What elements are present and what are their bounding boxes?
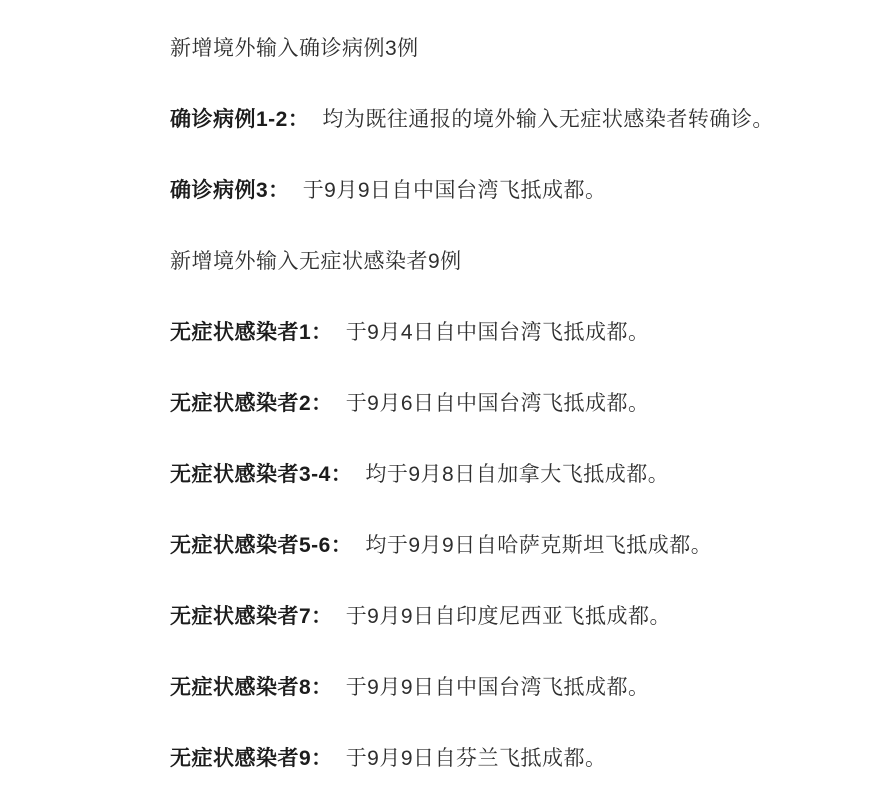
case-label: 无症状感染者8： [170,676,333,699]
case-label: 无症状感染者5-6： [170,534,352,557]
case-description: 于9月9日自芬兰飞抵成都。 [346,747,607,770]
case-paragraph-confirmed-1-2: 确诊病例1-2：均为既往通报的境外输入无症状感染者转确诊。 [170,108,844,132]
case-paragraph-asymptomatic-5-6: 无症状感染者5-6：均于9月9日自哈萨克斯坦飞抵成都。 [170,534,844,558]
case-label: 确诊病例1-2： [170,108,309,131]
case-description: 于9月9日自中国台湾飞抵成都。 [346,676,650,699]
case-paragraph-asymptomatic-3-4: 无症状感染者3-4：均于9月8日自加拿大飞抵成都。 [170,463,844,487]
case-label: 无症状感染者1： [170,321,333,344]
case-description: 均为既往通报的境外输入无症状感染者转确诊。 [322,108,774,131]
case-paragraph-asymptomatic-7: 无症状感染者7：于9月9日自印度尼西亚飞抵成都。 [170,605,844,629]
section-heading-asymptomatic-cases: 新增境外输入无症状感染者9例 [170,250,844,274]
section-heading-confirmed-cases: 新增境外输入确诊病例3例 [170,37,844,61]
case-paragraph-asymptomatic-2: 无症状感染者2：于9月6日自中国台湾飞抵成都。 [170,392,844,416]
case-description: 均于9月9日自哈萨克斯坦飞抵成都。 [365,534,712,557]
section-heading-text: 新增境外输入无症状感染者9例 [170,250,462,273]
case-label: 无症状感染者7： [170,605,333,628]
case-description: 于9月9日自中国台湾飞抵成都。 [303,179,607,202]
case-label: 无症状感染者3-4： [170,463,352,486]
case-description: 于9月6日自中国台湾飞抵成都。 [346,392,650,415]
section-heading-text: 新增境外输入确诊病例3例 [170,37,419,60]
case-label: 无症状感染者9： [170,747,333,770]
case-description: 均于9月8日自加拿大飞抵成都。 [365,463,669,486]
case-paragraph-confirmed-3: 确诊病例3：于9月9日自中国台湾飞抵成都。 [170,179,844,203]
case-paragraph-asymptomatic-9: 无症状感染者9：于9月9日自芬兰飞抵成都。 [170,747,844,771]
case-description: 于9月9日自印度尼西亚飞抵成都。 [346,605,671,628]
case-paragraph-asymptomatic-8: 无症状感染者8：于9月9日自中国台湾飞抵成都。 [170,676,844,700]
case-label: 无症状感染者2： [170,392,333,415]
case-description: 于9月4日自中国台湾飞抵成都。 [346,321,650,344]
article-body: 新增境外输入确诊病例3例 确诊病例1-2：均为既往通报的境外输入无症状感染者转确… [0,0,884,800]
case-label: 确诊病例3： [170,179,290,202]
case-paragraph-asymptomatic-1: 无症状感染者1：于9月4日自中国台湾飞抵成都。 [170,321,844,345]
